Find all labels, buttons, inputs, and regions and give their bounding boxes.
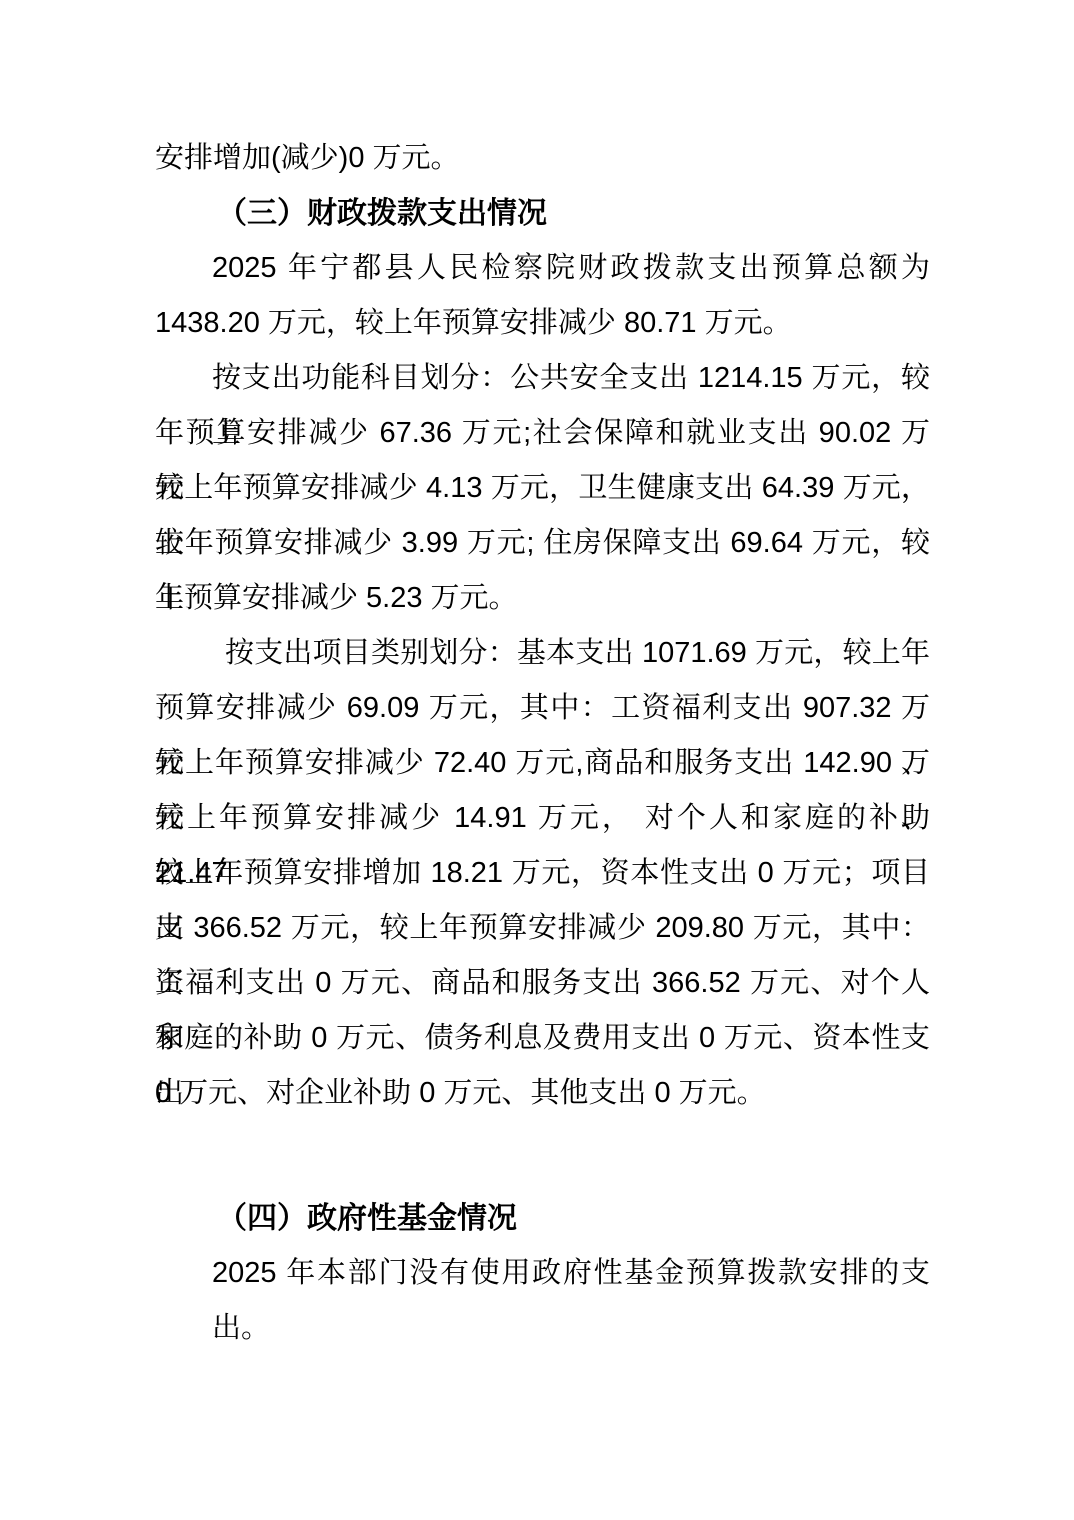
body-text-line: 上年预算安排减少 3.99 万元; 住房保障支出 69.64 万元，较上 — [155, 516, 930, 571]
body-text-line: 家庭的补助 0 万元、债务利息及费用支出 0 万元、资本性支出 — [155, 1011, 930, 1066]
body-text-line: 预算安排减少 69.09 万元，其中：工资福利支出 907.32 万元、 — [155, 681, 930, 736]
body-text-line: 0 万元、对企业补助 0 万元、其他支出 0 万元。 — [155, 1066, 930, 1121]
body-text-line: 安排增加(减少)0 万元。 — [155, 131, 930, 186]
body-text-line: 按支出项目类别划分：基本支出 1071.69 万元，较上年 — [155, 626, 930, 681]
body-text-line: 出 366.52 万元，较上年预算安排减少 209.80 万元，其中：工 — [155, 901, 930, 956]
body-text-line: 1438.20 万元，较上年预算安排减少 80.71 万元。 — [155, 296, 930, 351]
body-text-line: 较上年预算安排增加 18.21 万元，资本性支出 0 万元；项目支 — [155, 846, 930, 901]
body-text-line: 较上年预算安排减少 72.40 万元,商品和服务支出 142.90 万元、 — [155, 736, 930, 791]
document-page: 安排增加(减少)0 万元。 （三）财政拨款支出情况 2025 年宁都县人民检察院… — [0, 0, 1074, 1520]
document-text-column: 安排增加(减少)0 万元。 （三）财政拨款支出情况 2025 年宁都县人民检察院… — [155, 131, 930, 1356]
body-text-line: 年预算安排减少 67.36 万元;社会保障和就业支出 90.02 万元， — [155, 406, 930, 461]
body-text-line: 资福利支出 0 万元、商品和服务支出 366.52 万元、对个人和 — [155, 956, 930, 1011]
heading-section-4: （四）政府性基金情况 — [155, 1191, 930, 1246]
heading-section-3: （三）财政拨款支出情况 — [155, 186, 930, 241]
body-text-line: 年预算安排减少 5.23 万元。 — [155, 571, 930, 626]
body-text-line: 2025 年宁都县人民检察院财政拨款支出预算总额为 — [155, 241, 930, 296]
body-text-line: 按支出功能科目划分：公共安全支出 1214.15 万元，较上 — [155, 351, 930, 406]
blank-line — [155, 1121, 930, 1191]
body-text-line: 较上年预算安排减少 14.91 万元， 对个人和家庭的补助 21.47 — [155, 791, 930, 846]
body-text-line: 出。 — [155, 1301, 930, 1356]
body-text-line: 2025 年本部门没有使用政府性基金预算拨款安排的支 — [155, 1246, 930, 1301]
body-text-line: 较上年预算安排减少 4.13 万元，卫生健康支出 64.39 万元，较 — [155, 461, 930, 516]
